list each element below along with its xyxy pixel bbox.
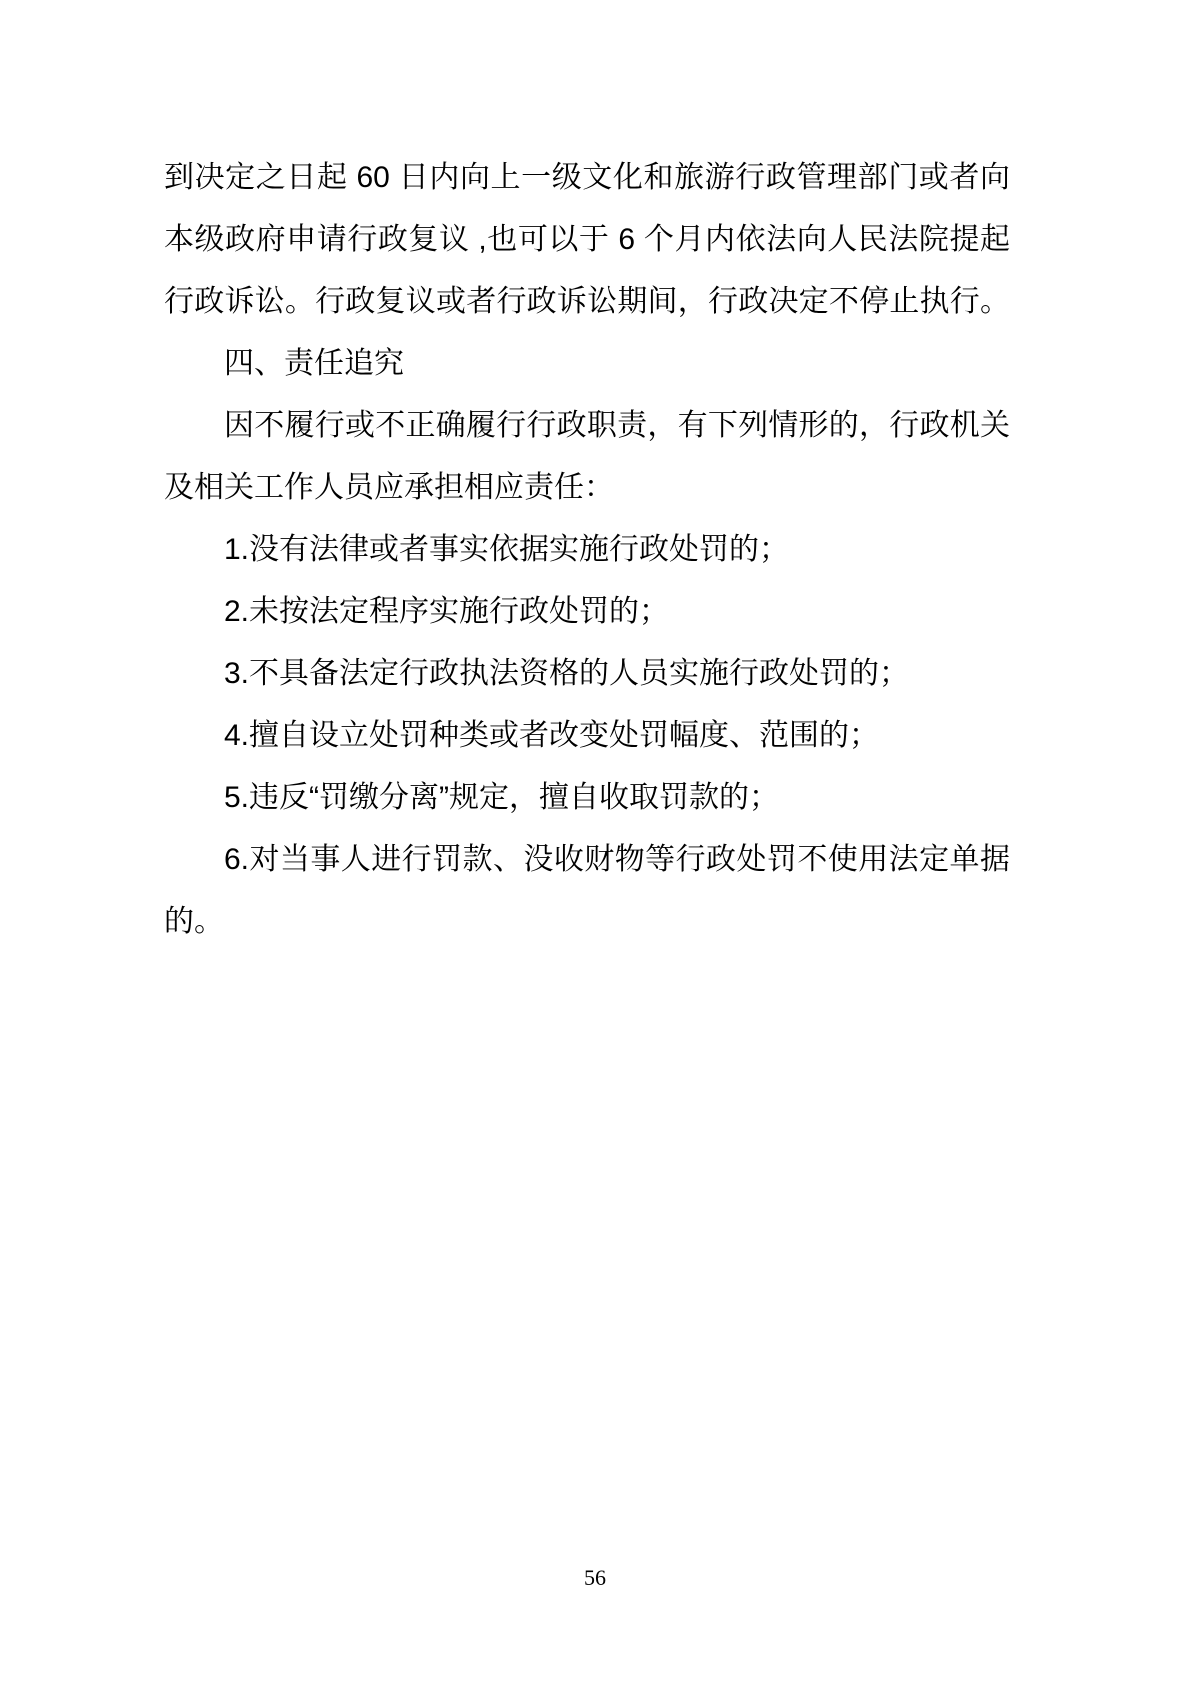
- document-body: 到决定之日起 60 日内向上一级文化和旅游行政管理部门或者向 本级政府申请行政复…: [164, 147, 1010, 953]
- section-heading: 四、责任追究: [164, 333, 1010, 395]
- page-number: 56: [584, 1565, 606, 1590]
- text-line: 因不履行或不正确履行行政职责，有下列情形的，行政机关: [164, 395, 1010, 457]
- list-item: 6.对当事人进行罚款、没收财物等行政处罚不使用法定单据: [164, 829, 1010, 891]
- list-item: 4.擅自设立处罚种类或者改变处罚幅度、范围的；: [164, 705, 1010, 767]
- list-item: 3.不具备法定行政执法资格的人员实施行政处罚的；: [164, 643, 1010, 705]
- text-line: 到决定之日起 60 日内向上一级文化和旅游行政管理部门或者向: [164, 147, 1010, 209]
- text-line: 本级政府申请行政复议 ,也可以于 6 个月内依法向人民法院提起: [164, 209, 1010, 271]
- text-line: 的。: [164, 891, 1010, 953]
- list-item: 2.未按法定程序实施行政处罚的；: [164, 581, 1010, 643]
- document-page: 到决定之日起 60 日内向上一级文化和旅游行政管理部门或者向 本级政府申请行政复…: [0, 0, 1190, 1683]
- text-line: 及相关工作人员应承担相应责任：: [164, 457, 1010, 519]
- text-line: 行政诉讼。行政复议或者行政诉讼期间，行政决定不停止执行。: [164, 271, 1010, 333]
- page-footer: 56: [0, 1563, 1190, 1593]
- list-item: 1.没有法律或者事实依据实施行政处罚的；: [164, 519, 1010, 581]
- list-item: 5.违反“罚缴分离”规定，擅自收取罚款的；: [164, 767, 1010, 829]
